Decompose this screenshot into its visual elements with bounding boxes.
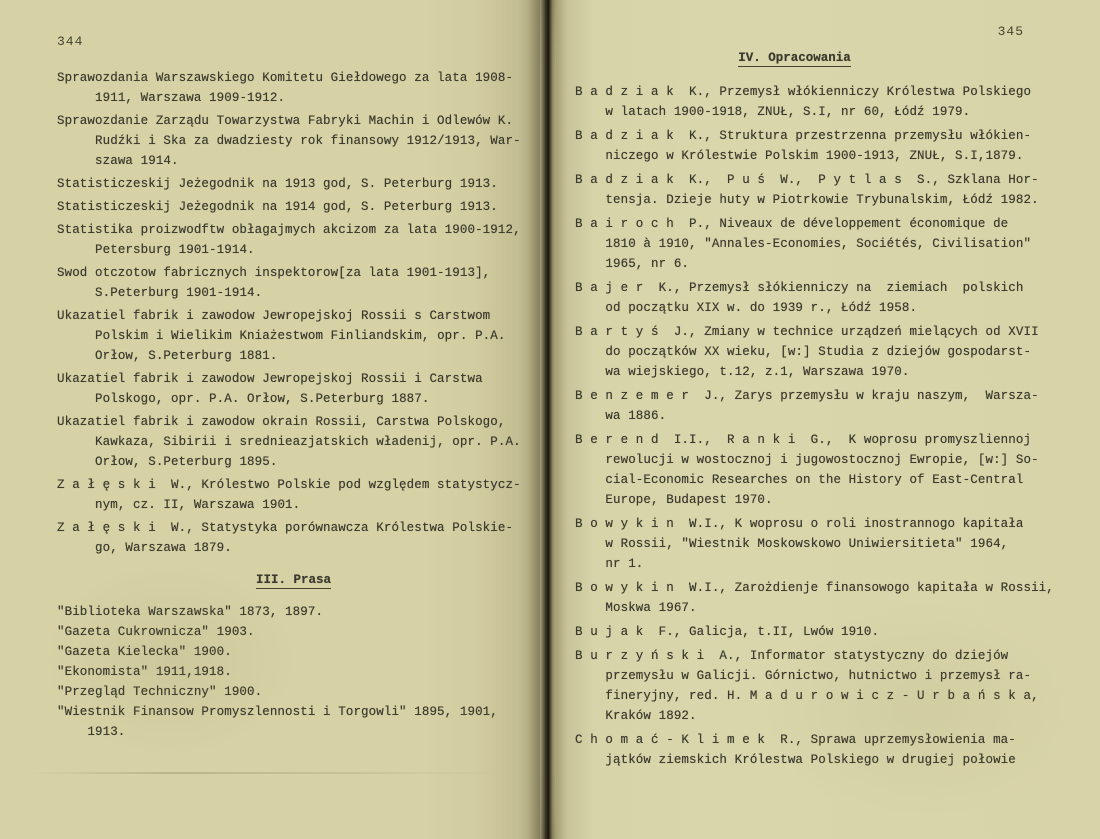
- right-text-block: 345 IV. Opracowania B a d z i a k K., Pr…: [556, 0, 1100, 770]
- bibliography-entry: Swod otczotow fabricznych inspektorow[za…: [57, 263, 530, 303]
- press-entry: "Gazeta Cukrownicza" 1903.: [57, 622, 530, 642]
- paper-crease: [30, 772, 500, 774]
- bibliography-entry: B a d z i a k K., P u ś W., P y t l a s …: [575, 170, 1086, 210]
- bibliography-entry: Z a ł ę s k i W., Królestwo Polskie pod …: [57, 475, 530, 515]
- bibliography-entry: B a i r o c h P., Niveaux de développeme…: [575, 214, 1086, 274]
- scanned-book-spread: 344 Sprawozdania Warszawskiego Komitetu …: [0, 0, 1100, 839]
- bibliography-entry: Statisticzeskij Jeżegodnik na 1913 god, …: [57, 174, 530, 194]
- press-entry: "Wiestnik Finansow Promyszlennosti i Tor…: [57, 702, 530, 742]
- bibliography-entry: Statistika proizwodftw obłagajmych akciz…: [57, 220, 530, 260]
- press-entry: "Przegląd Techniczny" 1900.: [57, 682, 530, 702]
- section-header-opracowania: IV. Opracowania: [575, 48, 1086, 68]
- press-entry: "Gazeta Kielecka" 1900.: [57, 642, 530, 662]
- section-header-prasa: III. Prasa: [57, 570, 530, 590]
- right-page-number: 345: [575, 22, 1086, 42]
- bibliography-entry: Ukazatiel fabrik i zawodow okrain Rossii…: [57, 412, 530, 472]
- bibliography-entry: C h o m a ć - K l i m e k R., Sprawa upr…: [575, 730, 1086, 770]
- bibliography-entry: Z a ł ę s k i W., Statystyka porównawcza…: [57, 518, 530, 558]
- bibliography-entry: B u j a k F., Galicja, t.II, Lwów 1910.: [575, 622, 1086, 642]
- bibliography-entry: Statisticzeskij Jeżegodnik na 1914 god, …: [57, 197, 530, 217]
- bibliography-entry: B a r t y ś J., Zmiany w technice urządz…: [575, 322, 1086, 382]
- bibliography-entry: Sprawozdania Warszawskiego Komitetu Gieł…: [57, 68, 530, 108]
- bibliography-entry: Sprawozdanie Zarządu Towarzystwa Fabryki…: [57, 111, 530, 171]
- bibliography-entry: B a j e r K., Przemysł słókienniczy na z…: [575, 278, 1086, 318]
- left-text-block: 344 Sprawozdania Warszawskiego Komitetu …: [0, 0, 540, 742]
- bibliography-entry: Ukazatiel fabrik i zawodow Jewropejskoj …: [57, 306, 530, 366]
- bibliography-entry: B o w y k i n W.I., Zarożdienje finansow…: [575, 578, 1086, 618]
- bibliography-entry: B a d z i a k K., Struktura przestrzenna…: [575, 126, 1086, 166]
- bibliography-entry: B a d z i a k K., Przemysł włókienniczy …: [575, 82, 1086, 122]
- section-header-prasa-label: III. Prasa: [256, 573, 331, 589]
- section-header-opracowania-label: IV. Opracowania: [738, 51, 851, 67]
- right-page: 345 IV. Opracowania B a d z i a k K., Pr…: [556, 0, 1100, 839]
- press-entry: "Ekonomista" 1911,1918.: [57, 662, 530, 682]
- bibliography-entry: B o w y k i n W.I., K woprosu o roli ino…: [575, 514, 1086, 574]
- bibliography-entry: Ukazatiel fabrik i zawodow Jewropejskoj …: [57, 369, 530, 409]
- left-page: 344 Sprawozdania Warszawskiego Komitetu …: [0, 0, 540, 839]
- bibliography-entry: B u r z y ń s k i A., Informator statyst…: [575, 646, 1086, 726]
- bibliography-entry: B e r e n d I.I., R a n k i G., K wopros…: [575, 430, 1086, 510]
- press-entry: "Biblioteka Warszawska" 1873, 1897.: [57, 602, 530, 622]
- left-page-number: 344: [57, 32, 530, 52]
- bibliography-entry: B e n z e m e r J., Zarys przemysłu w kr…: [575, 386, 1086, 426]
